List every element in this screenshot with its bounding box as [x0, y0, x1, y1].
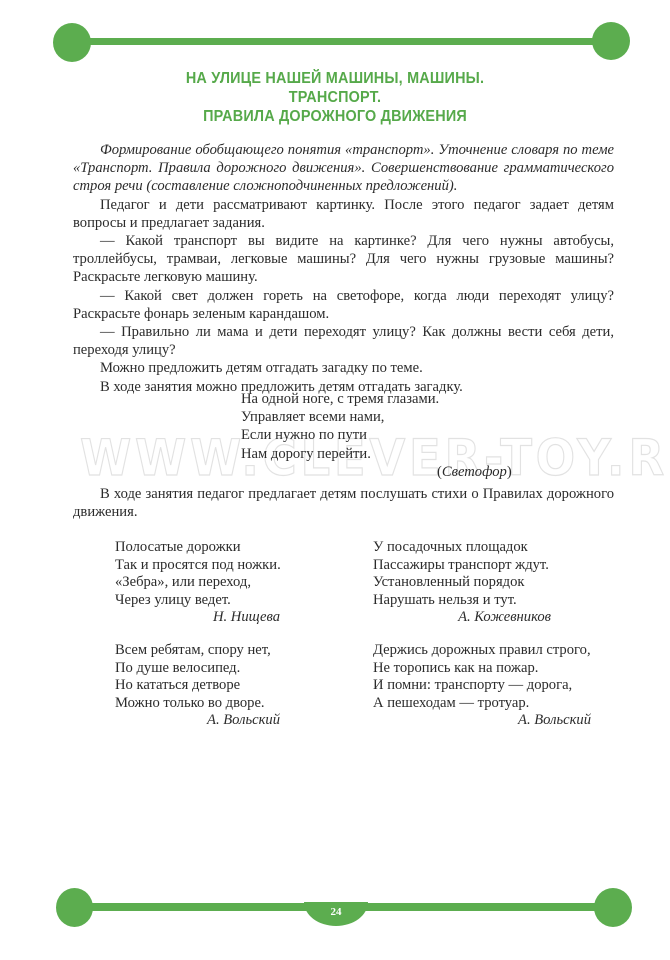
poem-author: А. Вольский: [373, 712, 591, 730]
top-right-circle-ornament: [592, 22, 630, 60]
riddle-line: На одной ноге, с тремя глазами.: [241, 390, 439, 408]
poems-intro: В ходе занятия педагог предлагает детям …: [73, 485, 614, 521]
poem-1: Полосатые дорожки Так и просятся под нож…: [115, 539, 280, 627]
poem-line: А пешеходам — тротуар.: [373, 695, 591, 713]
bottom-left-circle-ornament: [56, 888, 93, 927]
poem-line: Установленный порядок: [373, 574, 551, 592]
page-title: НА УЛИЦЕ НАШЕЙ МАШИНЫ, МАШИНЫ. ТРАНСПОРТ…: [23, 69, 646, 126]
paragraph: В ходе занятия педагог предлагает детям …: [73, 485, 614, 521]
poem-author: А. Кожевников: [373, 609, 551, 627]
poem-4: Держись дорожных правил строго, Не тороп…: [373, 642, 591, 730]
riddle-answer-text: Светофор: [442, 464, 507, 480]
poem-line: По душе велосипед.: [115, 660, 280, 678]
poem-line: «Зебра», или переход,: [115, 574, 280, 592]
question-paragraph: — Какой свет должен гореть на светофоре,…: [73, 287, 614, 323]
poem-author: Н. Нищева: [115, 609, 280, 627]
question-paragraph: — Правильно ли мама и дети переходят ули…: [73, 323, 614, 359]
poem-line: Пассажиры транспорт ждут.: [373, 557, 551, 575]
riddle-line: Нам дорогу перейти.: [241, 445, 439, 463]
page-number: 24: [304, 905, 368, 919]
bottom-right-circle-ornament: [594, 888, 632, 927]
poem-line: Держись дорожных правил строго,: [373, 642, 591, 660]
top-left-circle-ornament: [53, 23, 91, 62]
paragraph: Можно предложить детям отгадать загадку …: [73, 359, 614, 377]
paren-close: ): [507, 464, 512, 480]
poem-line: И помни: транспорту — дорога,: [373, 677, 591, 695]
riddle-answer: (Светофор): [437, 463, 512, 481]
poem-line: Всем ребятам, спору нет,: [115, 642, 280, 660]
top-divider-bar: [80, 38, 610, 45]
poem-line: Так и просятся под ножки.: [115, 557, 280, 575]
poem-line: Через улицу ведет.: [115, 592, 280, 610]
riddle: На одной ноге, с тремя глазами. Управляе…: [241, 390, 439, 463]
poem-line: У посадочных площадок: [373, 539, 551, 557]
lesson-text: Формирование обобщающего понятия «трансп…: [73, 141, 614, 396]
paragraph: Педагог и дети рассматривают картинку. П…: [73, 196, 614, 232]
poem-line: Полосатые дорожки: [115, 539, 280, 557]
poem-line: Нарушать нельзя и тут.: [373, 592, 551, 610]
question-paragraph: — Какой транспорт вы видите на картинке?…: [73, 232, 614, 287]
poem-3: Всем ребятам, спору нет, По душе велосип…: [115, 642, 280, 730]
title-line-3: ПРАВИЛА ДОРОЖНОГО ДВИЖЕНИЯ: [23, 107, 646, 126]
riddle-line: Управляет всеми нами,: [241, 408, 439, 426]
riddle-line: Если нужно по пути: [241, 426, 439, 444]
title-line-2: ТРАНСПОРТ.: [23, 88, 646, 107]
poem-2: У посадочных площадок Пассажиры транспор…: [373, 539, 551, 627]
poem-line: Не торопись как на пожар.: [373, 660, 591, 678]
title-line-1: НА УЛИЦЕ НАШЕЙ МАШИНЫ, МАШИНЫ.: [23, 69, 646, 88]
poem-author: А. Вольский: [115, 712, 280, 730]
lesson-goals: Формирование обобщающего понятия «трансп…: [73, 141, 614, 196]
poem-line: Можно только во дворе.: [115, 695, 280, 713]
poem-line: Но кататься детворе: [115, 677, 280, 695]
